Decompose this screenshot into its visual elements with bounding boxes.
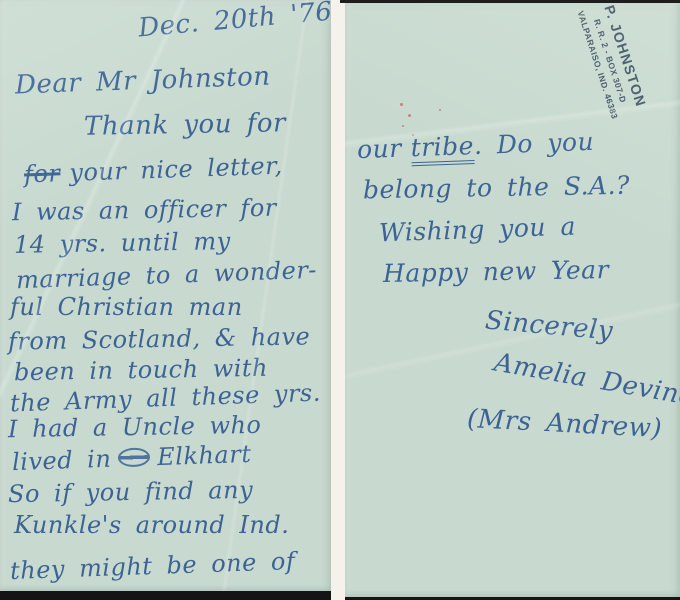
struck-out-word: for [24, 159, 61, 188]
scribbled-out-word [118, 447, 151, 467]
line-text: your nice letter, [69, 151, 283, 186]
scanned-letter: Dec. 20th '76 Dear Mr Johnston Thank you… [0, 0, 680, 600]
handwritten-line: belong to the S.A.? [363, 171, 630, 205]
handwritten-line: foryour nice letter, [24, 151, 283, 188]
line-text: . Do you [473, 127, 594, 160]
letter-page-1: Dec. 20th '76 Dear Mr Johnston Thank you… [0, 0, 331, 591]
signature-note-line: (Mrs Andrew) [466, 404, 662, 444]
address-stamp: P. JOHNSTON R. R. 2 - BOX 307-D VALPARAI… [570, 3, 656, 138]
handwritten-line: Thank you for [84, 108, 286, 142]
handwritten-line: Kunkle's around Ind. [14, 511, 289, 539]
handwritten-line: from Scotland, & have [8, 322, 311, 355]
salutation-line: Dear Mr Johnston [15, 62, 271, 101]
line-text: our [357, 134, 403, 165]
underlined-word: tribe [410, 131, 474, 166]
handwritten-line: 14 yrs. until my [14, 227, 231, 259]
red-ink-speck [439, 109, 441, 111]
line-text: lived in [12, 445, 112, 476]
red-ink-speck [402, 125, 404, 127]
closing-line: Sincerely [484, 305, 614, 346]
line-text: Elkhart [157, 440, 252, 471]
handwritten-line: ful Christian man [10, 293, 243, 321]
handwritten-line: ourtribe. Do you [357, 127, 595, 164]
handwritten-line: they might be one of [10, 547, 296, 585]
handwritten-line: So if you find any [8, 476, 254, 508]
handwritten-line: lived inElkhart [12, 440, 252, 476]
red-ink-speck [408, 114, 411, 117]
handwritten-line: I had a Uncle who [8, 411, 262, 443]
handwritten-line: I was an officer for [12, 194, 277, 227]
handwritten-line: Happy new Year [383, 255, 609, 288]
handwritten-line: marriage to a wonder- [16, 256, 318, 294]
letter-page-2: P. JOHNSTON R. R. 2 - BOX 307-D VALPARAI… [345, 3, 680, 597]
signature-line: Amelia Devine [492, 348, 680, 413]
red-ink-speck [400, 103, 403, 106]
handwritten-line: Wishing you a [379, 212, 577, 248]
date-line: Dec. 20th '76 [137, 0, 331, 43]
scan-edge-bottom-left [0, 591, 331, 600]
